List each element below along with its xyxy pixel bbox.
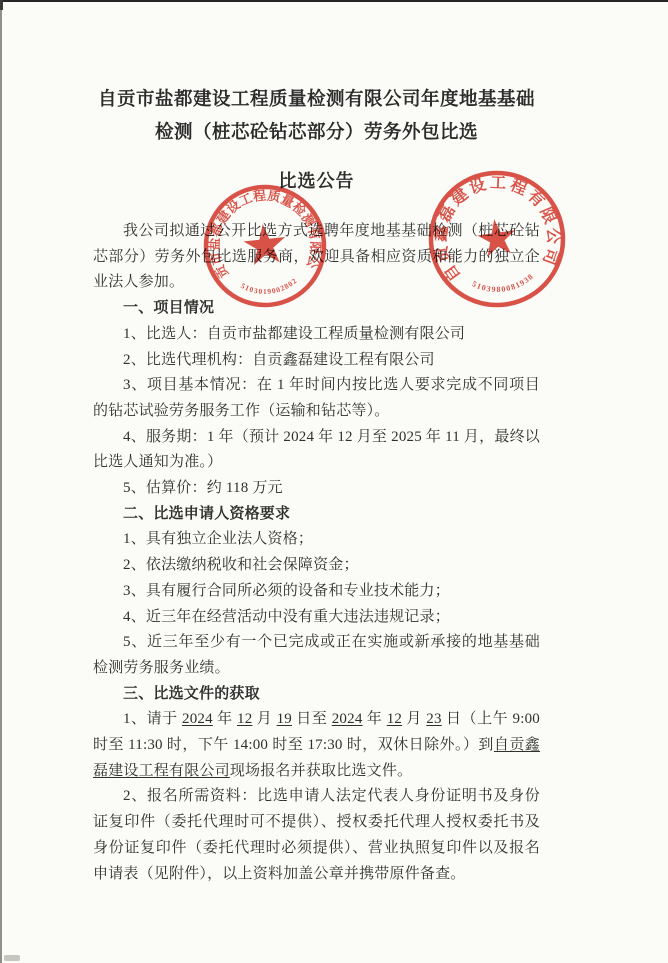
seg-plain: 年 [363, 711, 387, 727]
seal-number-text: 5103019002802 [239, 275, 301, 299]
scan-top-edge [0, 0, 668, 2]
scan-artifact [4, 955, 20, 961]
seg-plain: 月 [252, 711, 276, 727]
title-line-1: 自贡市盐都建设工程质量检测有限公司年度地基基础 [93, 84, 540, 117]
seal-star-icon [475, 217, 518, 258]
seal-number-text: 5103980081938 [470, 271, 538, 298]
seg-underlined-year: 2024 [182, 711, 213, 727]
section-1-item-4: 4、服务期：1 年（预计 2024 年 12 月至 2025 年 11 月，最终… [93, 425, 540, 476]
seg-plain: 1、请于 [123, 711, 182, 727]
seg-underlined-day: 19 [277, 711, 292, 727]
section-2-item-1: 1、具有独立企业法人资格； [93, 527, 540, 553]
document-page: 自贡市盐都建设工程质量检测有限公司年度地基基础 检测（桩芯砼钻芯部分）劳务外包比… [0, 0, 668, 963]
section-2-item-4: 4、近三年在经营活动中没有重大违法违规记录； [93, 605, 540, 631]
seg-underlined-month: 12 [237, 711, 252, 727]
seg-plain: 现场报名并获取比选文件。 [230, 763, 412, 779]
seal-company-arc-text: 自贡市盐都建设工程质量检测有限公司 [177, 158, 326, 285]
scan-corner-mark [0, 0, 3, 10]
section-2-item-5: 5、近三年至少有一个已完成或正在实施或新承接的地基基础检测劳务服务业绩。 [93, 630, 540, 681]
section-1-item-5: 5、估算价：约 118 万元 [93, 476, 540, 502]
section-1-item-3: 3、项目基本情况：在 1 年时间内按比选人要求完成不同项目的钻芯试验劳务服务工作… [93, 373, 540, 424]
seg-plain: 月 [402, 711, 426, 727]
seg-underlined-year: 2024 [332, 711, 363, 727]
section-3-item-1: 1、请于 2024 年 12 月 19 日至 2024 年 12 月 23 日（… [93, 707, 540, 784]
section-3-item-2: 2、报名所需资料：比选申请人法定代表人身份证明书及身份证复印件（委托代理时可不提… [93, 784, 540, 887]
section-2-item-2: 2、依法缴纳税收和社会保障资金； [93, 553, 540, 579]
page-title: 自贡市盐都建设工程质量检测有限公司年度地基基础 检测（桩芯砼钻芯部分）劳务外包比… [93, 84, 540, 150]
seg-underlined-month: 12 [387, 711, 402, 727]
scan-left-edge [0, 0, 2, 963]
company-seal-right: 自贡鑫磊建设工程有限公司 5103980081938 [395, 137, 598, 340]
title-line-2: 检测（桩芯砼钻芯部分）劳务外包比选 [93, 117, 540, 150]
company-seal-left: 自贡市盐都建设工程质量检测有限公司 5103019002802 [177, 158, 353, 334]
seg-plain: 日至 [292, 711, 332, 727]
section-1-item-2: 2、比选代理机构：自贡鑫磊建设工程有限公司 [93, 348, 540, 374]
section-2-item-3: 3、具有履行合同所必须的设备和专业技术能力； [93, 579, 540, 605]
seg-underlined-day: 23 [426, 711, 441, 727]
seal-star-icon [242, 222, 288, 266]
seg-plain: 年 [213, 711, 237, 727]
section-3-heading: 三、比选文件的获取 [93, 682, 540, 708]
section-2-heading: 二、比选申请人资格要求 [93, 502, 540, 528]
